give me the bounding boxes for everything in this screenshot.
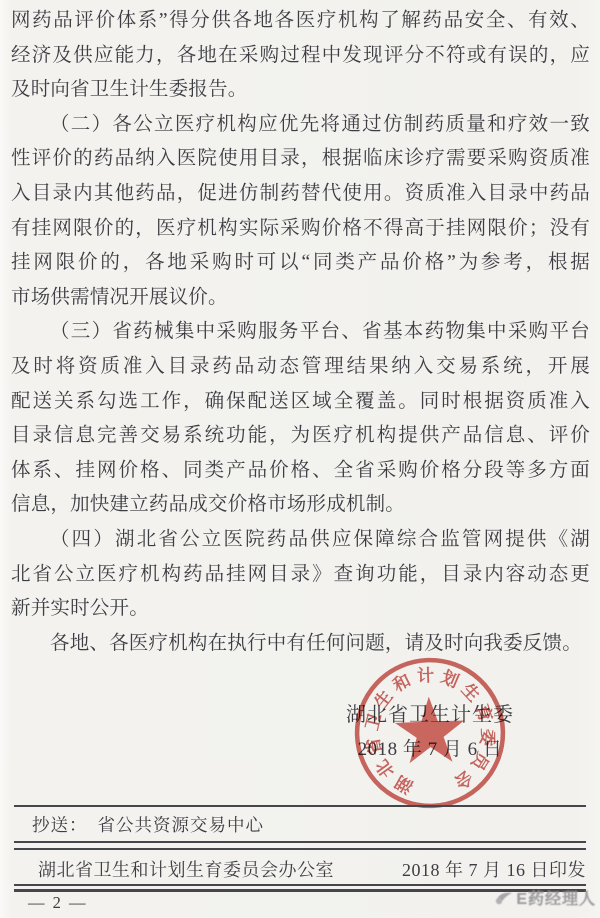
body-line: 入目录内其他药品，促进仿制药替代使用。资质准入目录中药品 [11, 177, 590, 212]
body-line: 及时向省卫生计生委报告。 [11, 73, 590, 108]
footer-rule-cc-bottom-a [14, 841, 586, 843]
watermark-logo-icon [494, 890, 514, 906]
body-line: （四）湖北省公立医院药品供应保障综合监管网提供《湖 [11, 523, 590, 558]
cc-row: 抄送：省公共资源交易中心 [32, 812, 588, 838]
cc-label: 抄送： [32, 815, 88, 835]
footer-rule-top [14, 805, 586, 807]
body-line: 有挂网限价的，医疗机构实际采购价格不得高于挂网限价；没有 [11, 212, 590, 247]
footer-rule-cc-bottom-b [14, 848, 586, 850]
body-line: 新并实时公开。 [11, 592, 590, 627]
body-line: 目录信息完善交易系统功能，为医疗机构提供产品信息、评价 [11, 419, 590, 454]
body-line: 市场供需情况开展议价。 [11, 281, 590, 316]
document-page: 网药品评价体系”得分供各地各医疗机构了解药品安全、有效、经济及供应能力，各地在采… [0, 0, 600, 918]
print-date: 2018 年 7 月 16 日印发 [402, 857, 586, 883]
body-text: 网药品评价体系”得分供各地各医疗机构了解药品安全、有效、经济及供应能力，各地在采… [11, 4, 590, 661]
body-line: 信息，加快建立药品成交价格市场形成机制。 [11, 488, 590, 523]
issue-row: 湖北省卫生和计划生育委员会办公室 2018 年 7 月 16 日印发 [38, 857, 586, 883]
watermark-text: E药经理人 [516, 886, 596, 909]
official-seal-stamp-icon: 湖北省卫生和计划生育委员会 [346, 649, 514, 817]
body-line: 北省公立医疗机构药品挂网目录》查询功能，目录内容动态更 [11, 558, 590, 593]
body-line: （三）省药械集中采购服务平台、省基本药物集中采购平台 [11, 315, 590, 350]
body-line: 网药品评价体系”得分供各地各医疗机构了解药品安全、有效、 [11, 4, 590, 39]
body-line: （二）各公立医疗机构应优先将通过仿制药质量和疗效一致 [11, 108, 590, 143]
body-line: 体系、挂网价格、同类产品价格、全省采购价格分段等多方面 [11, 454, 590, 489]
seal-star-icon [394, 695, 466, 763]
issuing-office: 湖北省卫生和计划生育委员会办公室 [38, 857, 334, 883]
page-number: — 2 — [28, 893, 88, 913]
watermark: E药经理人 [494, 886, 596, 909]
body-line: 挂网限价的，各地采购时可以“同类产品价格”为参考，根据 [11, 246, 590, 281]
body-line: 性评价的药品纳入医院使用目录，根据临床诊疗需要采购资质准 [11, 142, 590, 177]
cc-value: 省公共资源交易中心 [98, 815, 265, 835]
body-line: 及时将资质准入目录药品动态管理结果纳入交易系统，开展 [11, 350, 590, 385]
body-line: 经济及供应能力，各地在采购过程中发现评分不符或有误的，应 [11, 39, 590, 74]
body-line: 配送关系勾选工作，确保配送区域全覆盖。同时根据资质准入 [11, 385, 590, 420]
